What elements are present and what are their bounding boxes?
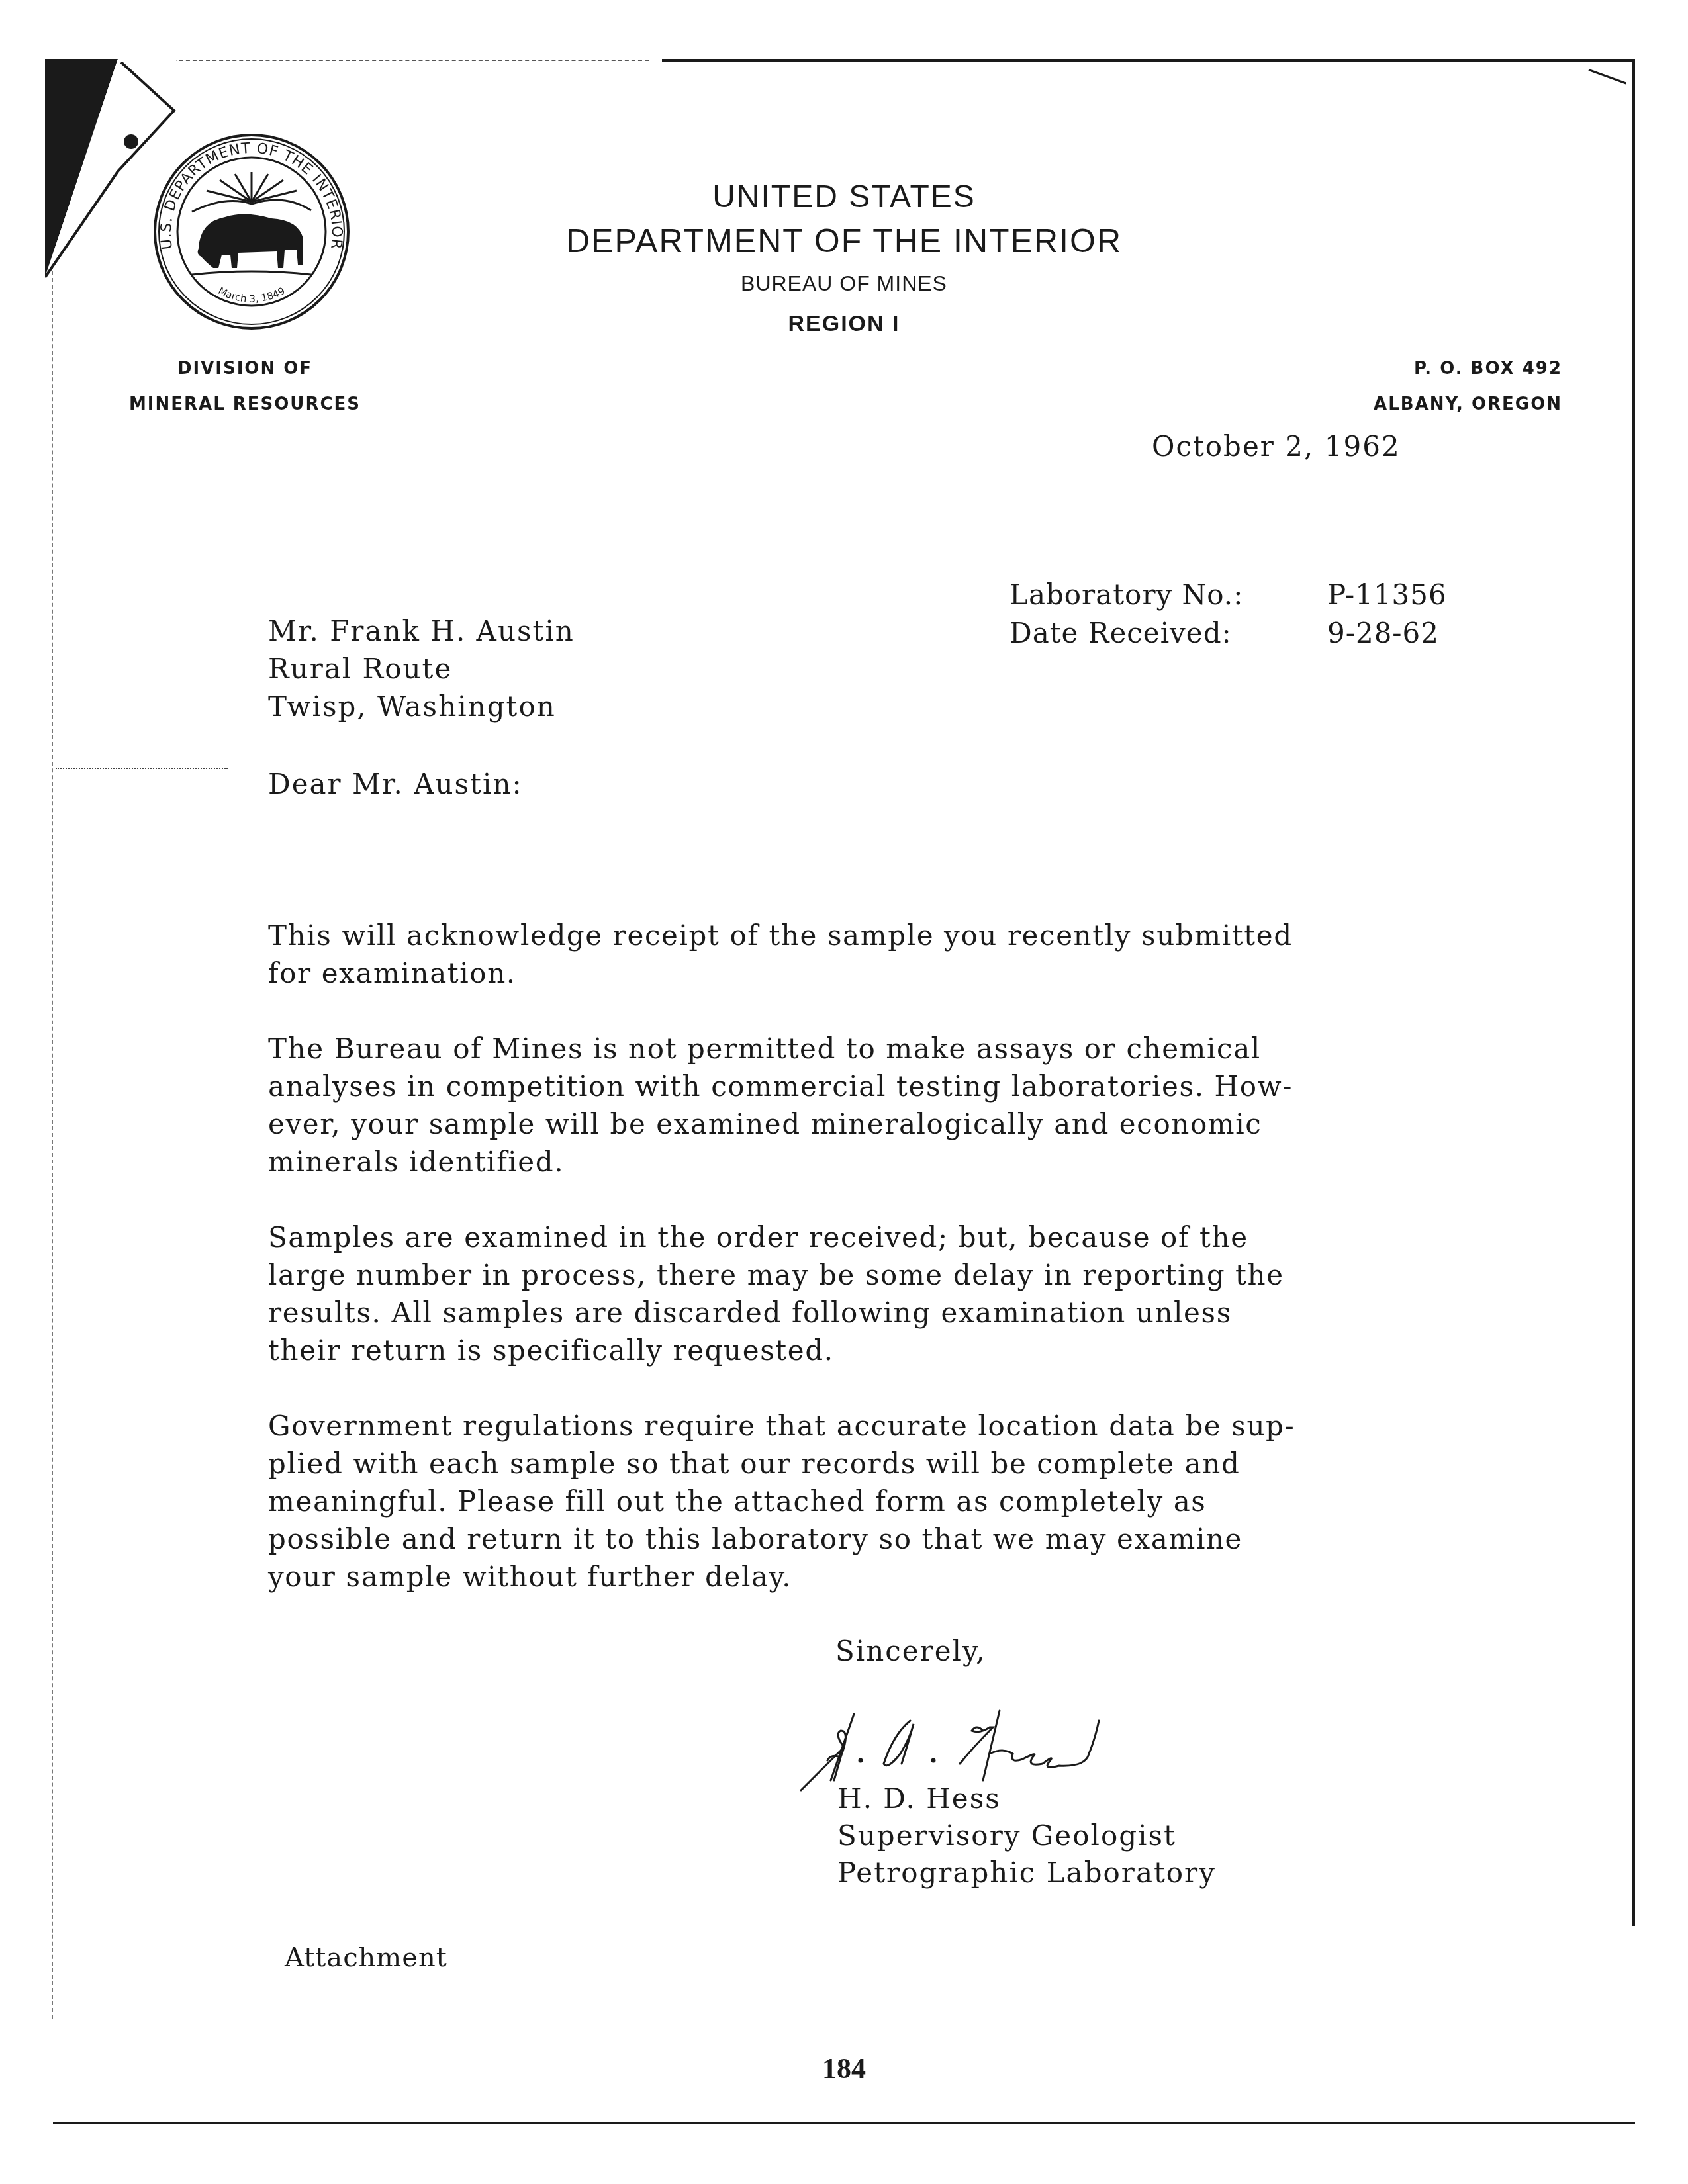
signer-name: H. D. Hess <box>837 1780 1216 1817</box>
scan-artifact-line <box>56 768 228 770</box>
lab-info-label: Date Received: <box>1009 614 1327 653</box>
lab-info-value: P-11356 <box>1327 576 1447 614</box>
page-frame-bottom <box>53 2122 1635 2124</box>
body-paragraph: Samples are examined in the order receiv… <box>268 1218 1460 1369</box>
letterhead-department: DEPARTMENT OF THE INTERIOR <box>0 222 1688 260</box>
letterhead-country: UNITED STATES <box>0 179 1688 215</box>
body-paragraph: The Bureau of Mines is not permitted to … <box>268 1030 1460 1181</box>
address-line: P. O. BOX 492 <box>1297 351 1562 387</box>
recipient-line: Twisp, Washington <box>268 688 575 725</box>
lab-info: Laboratory No.: P-11356 Date Received: 9… <box>1009 576 1447 653</box>
letterhead-bureau: BUREAU OF MINES <box>0 271 1688 296</box>
page-frame-right <box>1632 60 1635 1926</box>
division-line: MINERAL RESOURCES <box>113 387 377 422</box>
division-name: DIVISION OF MINERAL RESOURCES <box>113 351 377 422</box>
corner-fold-mark <box>1588 69 1626 84</box>
page-number: 184 <box>0 2052 1688 2085</box>
lab-info-row: Date Received: 9-28-62 <box>1009 614 1447 653</box>
signature-block: H. D. Hess Supervisory Geologist Petrogr… <box>837 1780 1216 1891</box>
page-frame-left <box>52 265 54 2019</box>
letter-body: This will acknowledge receipt of the sam… <box>268 917 1460 1633</box>
recipient-line: Rural Route <box>268 650 575 688</box>
page-frame-top <box>662 59 1635 62</box>
letterhead-region: REGION I <box>0 311 1688 337</box>
signer-department: Petrographic Laboratory <box>837 1854 1216 1891</box>
letter-date: October 2, 1962 <box>1152 430 1401 463</box>
address-line: ALBANY, OREGON <box>1297 387 1562 422</box>
lab-info-value: 9-28-62 <box>1327 614 1439 653</box>
division-line: DIVISION OF <box>113 351 377 387</box>
body-paragraph: This will acknowledge receipt of the sam… <box>268 917 1460 992</box>
lab-info-row: Laboratory No.: P-11356 <box>1009 576 1447 614</box>
recipient-line: Mr. Frank H. Austin <box>268 612 575 650</box>
recipient-address: Mr. Frank H. Austin Rural Route Twisp, W… <box>268 612 575 725</box>
office-address: P. O. BOX 492 ALBANY, OREGON <box>1297 351 1562 422</box>
salutation: Dear Mr. Austin: <box>268 768 523 800</box>
attachment-label: Attachment <box>285 1942 447 1973</box>
closing: Sincerely, <box>835 1635 986 1667</box>
lab-info-label: Laboratory No.: <box>1009 576 1327 614</box>
body-paragraph: Government regulations require that accu… <box>268 1407 1460 1596</box>
signer-title: Supervisory Geologist <box>837 1817 1216 1854</box>
